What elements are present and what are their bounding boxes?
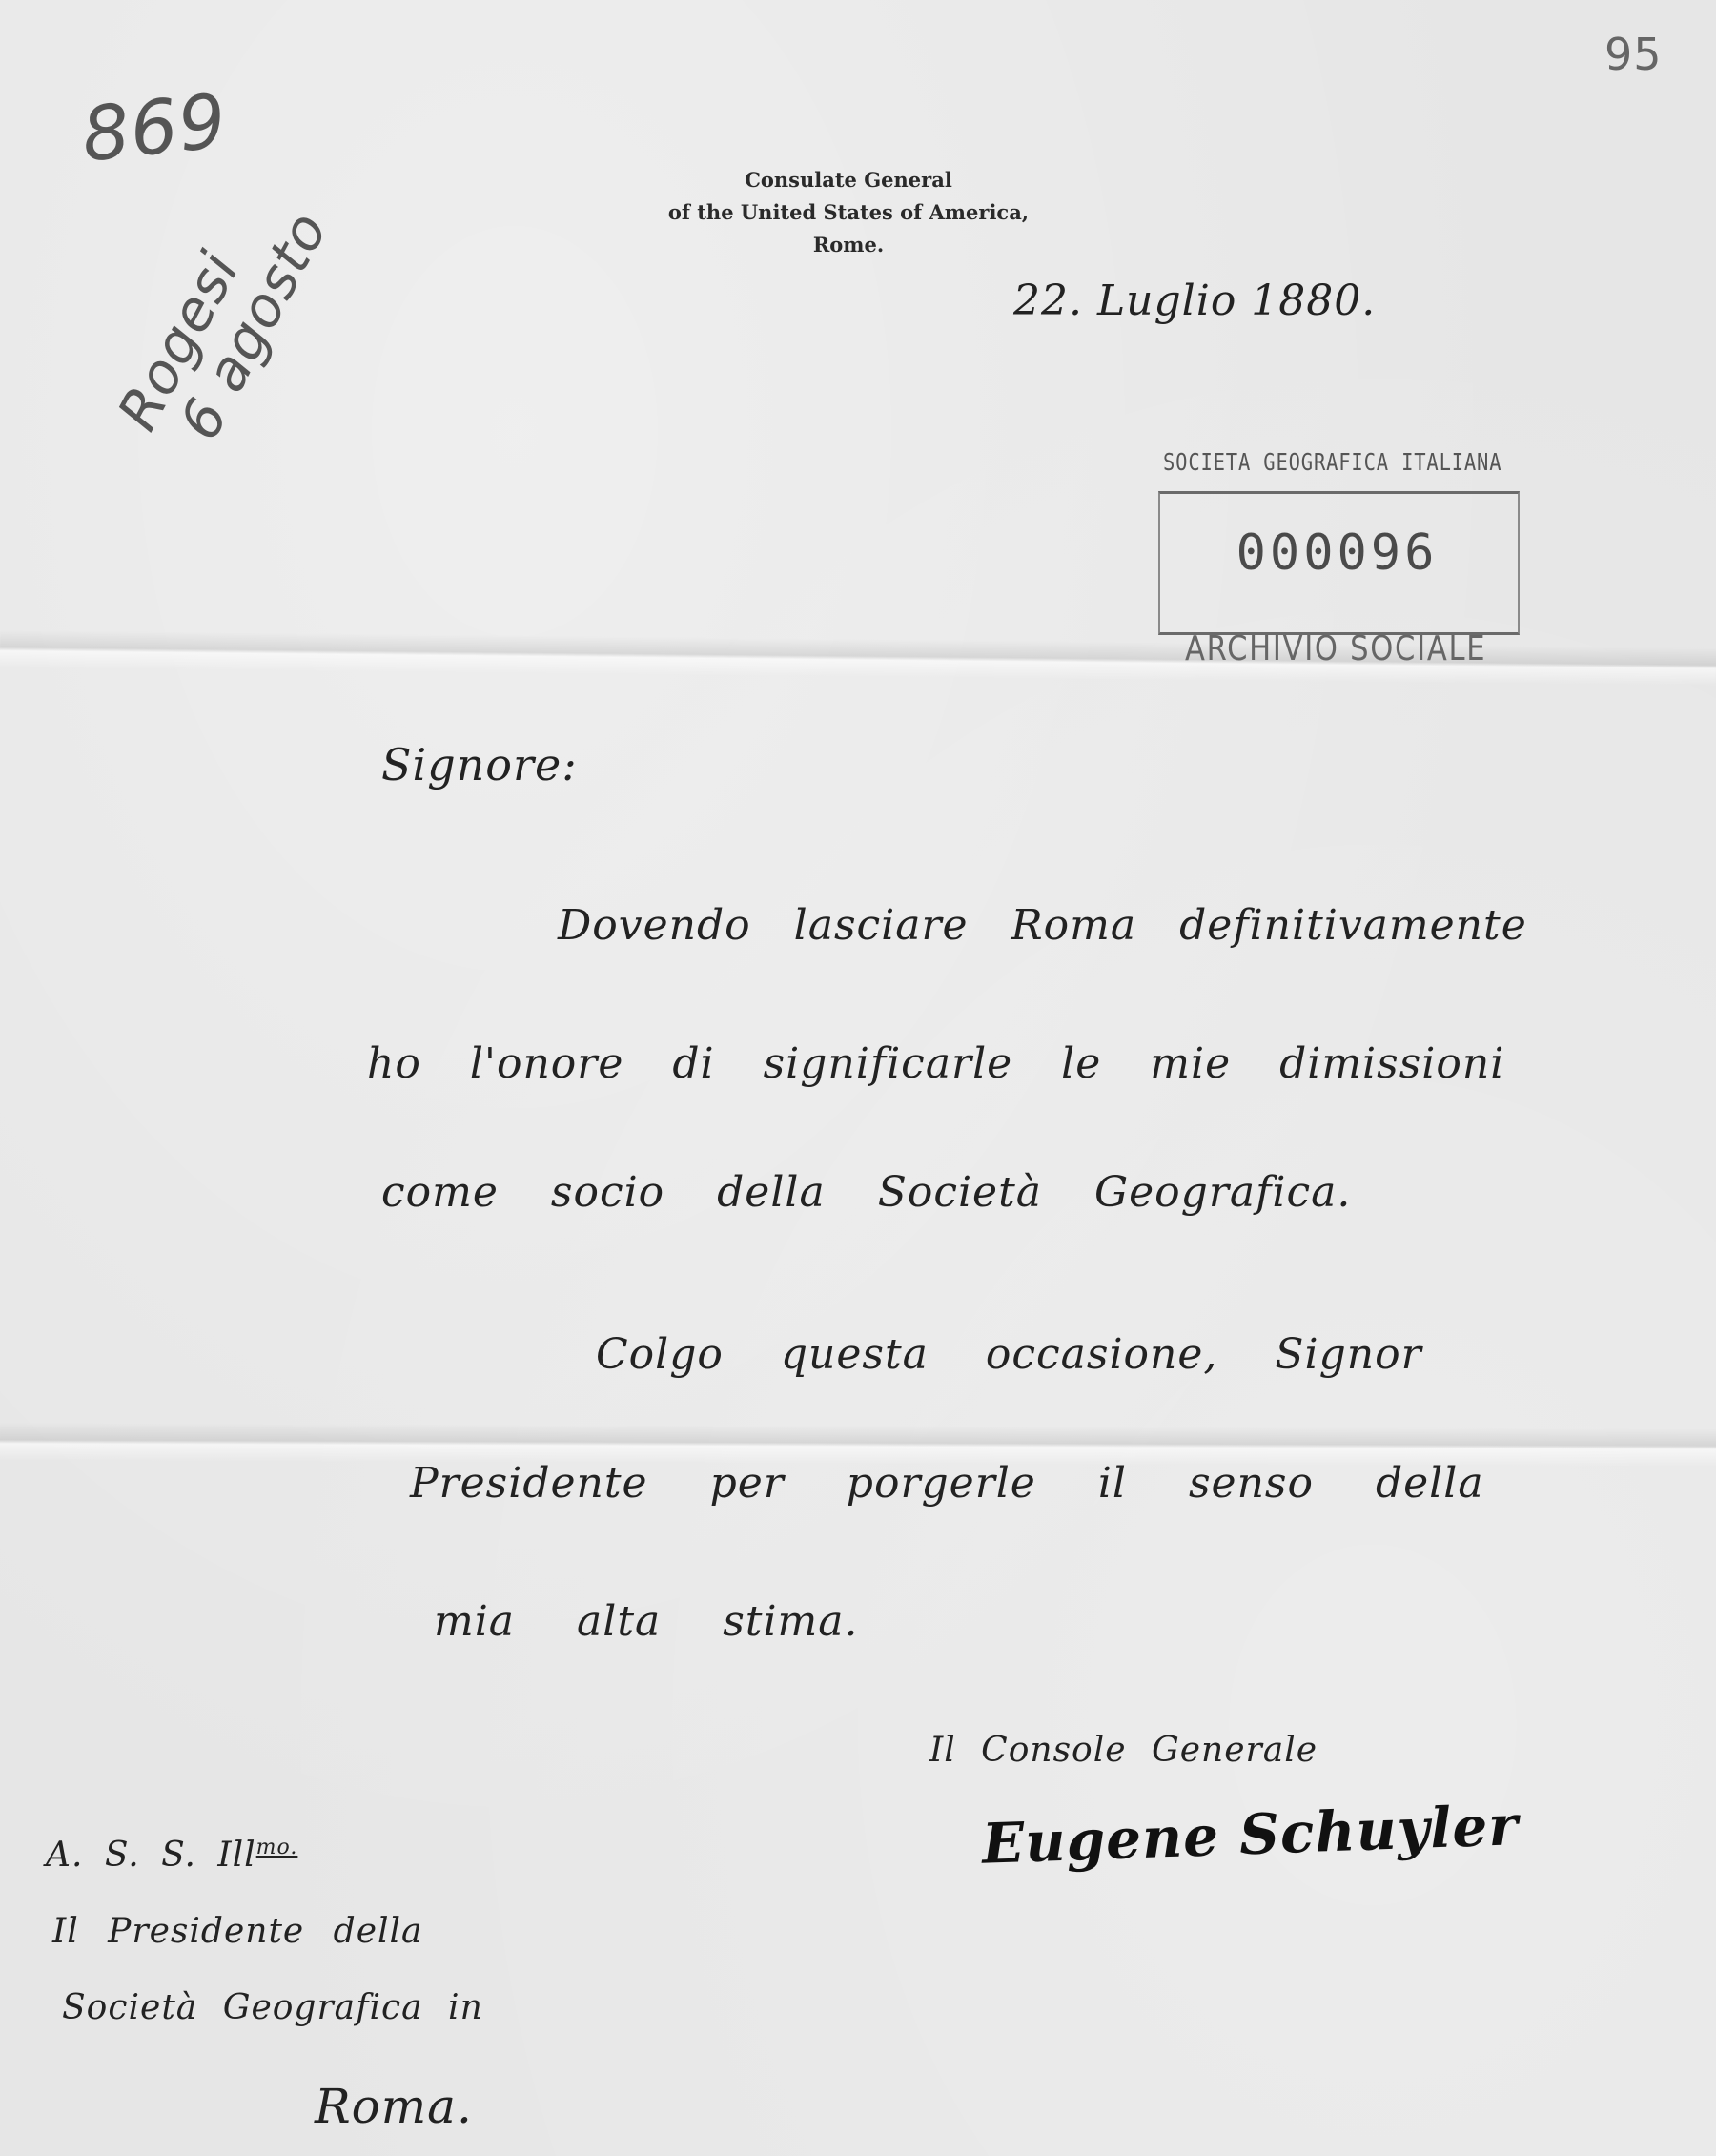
letter-date: 22. Luglio 1880.: [1013, 277, 1376, 325]
letterhead-line: of the United States of America,: [667, 196, 1030, 229]
archive-number: 869: [78, 78, 231, 178]
address-line: Società Geografica in: [62, 1988, 483, 2027]
page-number: 95: [1604, 29, 1663, 80]
letterhead-line: Consulate General: [667, 164, 1030, 196]
body-line: Presidente per porgerle il senso della: [410, 1459, 1484, 1508]
salutation: Signore:: [381, 739, 578, 791]
stamp-number: 000096: [1158, 524, 1516, 582]
closing-title: Il Console Generale: [929, 1731, 1318, 1770]
address-superscript: mo.: [256, 1836, 298, 1859]
address-line: Roma.: [315, 2079, 473, 2134]
archive-stamp: SOCIETA GEOGRAFICA ITALIANA 000096 ARCHI…: [1158, 439, 1521, 677]
body-line: come socio della Società Geografica.: [381, 1168, 1351, 1217]
letterhead: Consulate General of the United States o…: [667, 164, 1030, 261]
body-line: mia alta stima.: [434, 1597, 859, 1646]
letterhead-line: Rome.: [667, 229, 1030, 261]
address-line: Il Presidente della: [52, 1912, 423, 1951]
body-line: Dovendo lasciare Roma definitivamente: [558, 901, 1527, 950]
stamp-footer: ARCHIVIO SOCIALE: [1185, 629, 1486, 668]
address-prefix: A. S. S. Ill: [46, 1836, 256, 1875]
body-line: ho l'onore di significarle le mie dimiss…: [367, 1039, 1504, 1088]
address-line: A. S. S. Illmo.: [46, 1836, 297, 1875]
body-line: Colgo questa occasione, Signor: [596, 1330, 1422, 1379]
stamp-header: SOCIETA GEOGRAFICA ITALIANA: [1163, 448, 1461, 476]
